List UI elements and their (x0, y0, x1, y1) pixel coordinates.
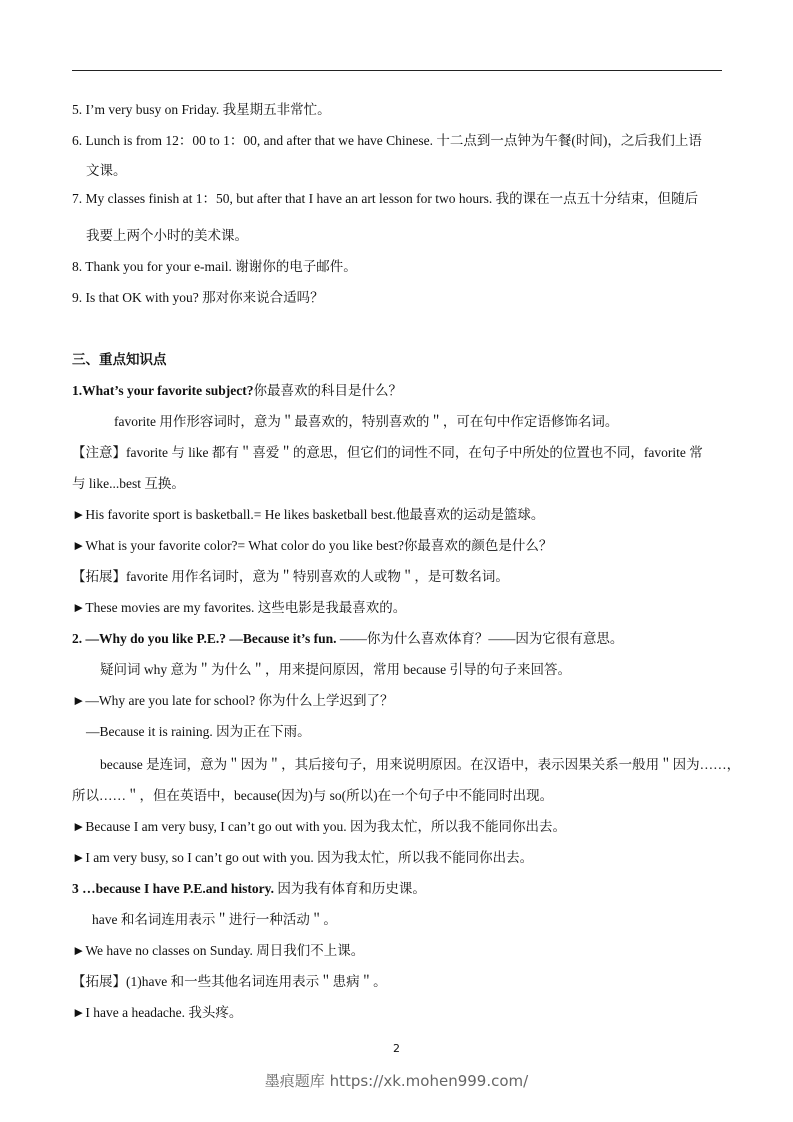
point-2-explanation-2-cont: 所以……＂，但在英语中，because(因为)与 so(所以)在一个句子中不能同… (72, 787, 732, 805)
point-3-example-2: ►I have a headache. 我头疼。 (72, 1004, 732, 1022)
point-2-title: 2. —Why do you like P.E.? —Because it’s … (72, 630, 732, 648)
point-1-title-cn: 你最喜欢的科目是什么？ (253, 383, 402, 398)
sentence-7-cont: 我要上两个小时的美术课。 (86, 227, 746, 245)
point-2-example-3: ►I am very busy, so I can’t go out with … (72, 849, 732, 867)
point-3-explanation: have 和名词连用表示＂进行一种活动＂。 (92, 911, 752, 929)
point-2-example-2: ►Because I am very busy, I can’t go out … (72, 818, 732, 836)
watermark: 墨痕题库 https://xk.mohen999.com/ (0, 1070, 793, 1091)
point-2-example-1-answer: —Because it is raining. 因为正在下雨。 (86, 723, 746, 741)
section-heading: 三、重点知识点 (72, 351, 732, 369)
sentence-8: 8. Thank you for your e-mail. 谢谢你的电子邮件。 (72, 258, 732, 276)
point-3-title: 3 …because I have P.E.and history. 因为我有体… (72, 880, 732, 898)
point-1-example-2: ►What is your favorite color?= What colo… (72, 537, 732, 555)
point-1-title-en: 1.What’s your favorite subject? (72, 383, 253, 398)
point-1-example-3: ►These movies are my favorites. 这些电影是我最喜… (72, 599, 732, 617)
point-2-title-cn: ——你为什么喜欢体育？——因为它很有意思。 (337, 631, 624, 646)
point-1-note-cont: 与 like...best 互换。 (72, 475, 732, 493)
point-1-example-1: ►His favorite sport is basketball.= He l… (72, 506, 732, 524)
point-1-note: 【注意】favorite 与 like 都有＂喜爱＂的意思，但它们的词性不同，在… (72, 444, 732, 462)
sentence-9: 9. Is that OK with you? 那对你来说合适吗？ (72, 289, 732, 307)
point-1-title: 1.What’s your favorite subject?你最喜欢的科目是什… (72, 382, 732, 400)
sentence-6-cont: 文课。 (86, 162, 746, 180)
point-3-title-en: 3 …because I have P.E.and history. (72, 881, 274, 896)
point-2-explanation-2: because 是连词，意为＂因为＂，其后接句子，用来说明原因。在汉语中，表示因… (100, 756, 760, 774)
sentence-5: 5. I’m very busy on Friday. 我星期五非常忙。 (72, 101, 732, 119)
point-2-example-1: ►—Why are you late for school? 你为什么上学迟到了… (72, 692, 732, 710)
point-1-explanation: favorite 用作形容词时，意为＂最喜欢的，特别喜欢的＂，可在句中作定语修饰… (114, 413, 774, 431)
point-3-example-1: ►We have no classes on Sunday. 周日我们不上课。 (72, 942, 732, 960)
sentence-7: 7. My classes finish at 1：50, but after … (72, 190, 732, 208)
point-3-title-cn: 因为我有体育和历史课。 (274, 881, 426, 896)
point-1-extension: 【拓展】favorite 用作名词时，意为＂特别喜欢的人或物＂，是可数名词。 (72, 568, 732, 586)
header-rule (72, 70, 722, 71)
page-number: 2 (0, 1042, 793, 1055)
point-2-explanation: 疑问词 why 意为＂为什么＂，用来提问原因，常用 because 引导的句子来… (100, 661, 760, 679)
point-3-extension: 【拓展】(1)have 和一些其他名词连用表示＂患病＂。 (72, 973, 732, 991)
point-2-title-en: 2. —Why do you like P.E.? —Because it’s … (72, 631, 337, 646)
sentence-6: 6. Lunch is from 12：00 to 1：00, and afte… (72, 132, 732, 150)
